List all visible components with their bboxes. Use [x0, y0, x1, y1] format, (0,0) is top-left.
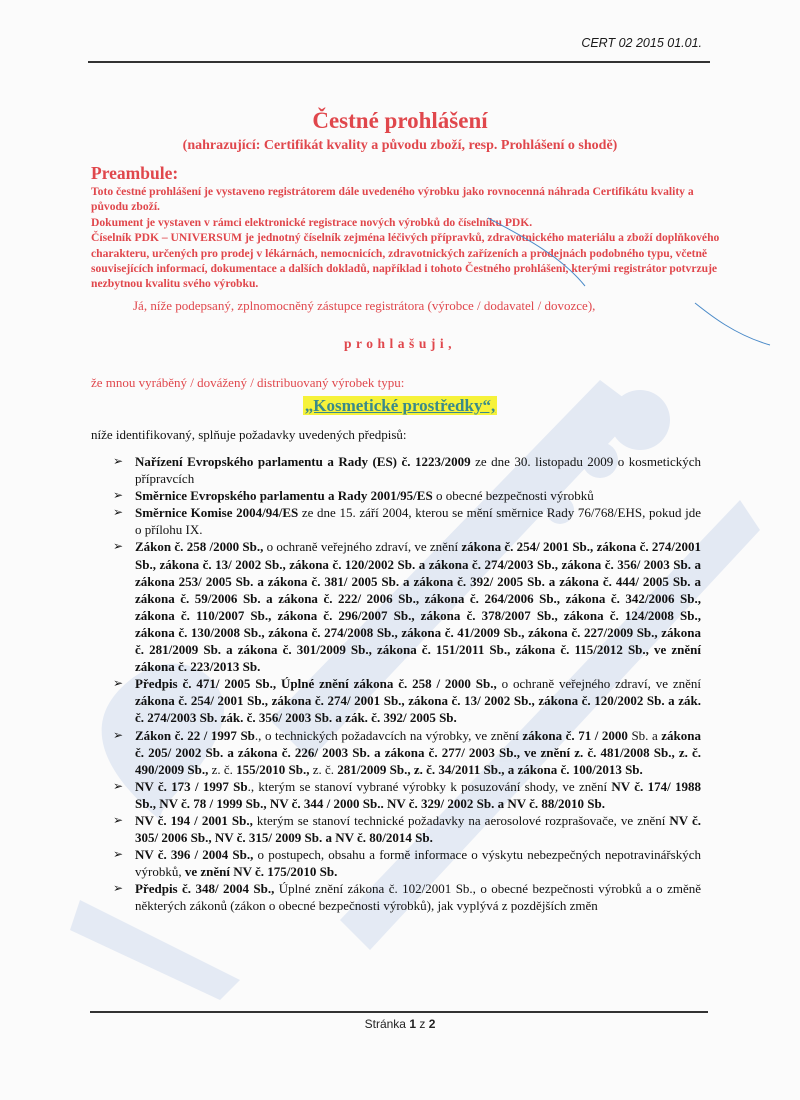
regulation-item: ➢NV č. 396 / 2004 Sb., o postupech, obsa… — [113, 846, 701, 880]
regulation-text: kterým se stanoví technické požadavky na… — [253, 813, 670, 828]
regulation-text: ., kterým se stanoví vybrané výrobky k p… — [248, 779, 612, 794]
footer-rule — [90, 1011, 708, 1013]
declare-word: prohlašuji, — [0, 336, 800, 352]
regulation-item: ➢Nařízení Evropského parlamentu a Rady (… — [113, 453, 701, 487]
arrow-bullet-icon: ➢ — [113, 727, 123, 744]
regulation-ref: Nařízení Evropského parlamentu a Rady (E… — [135, 454, 471, 469]
regulation-item: ➢Zákon č. 258 /2000 Sb., o ochraně veřej… — [113, 538, 701, 675]
regulation-item: ➢Směrnice Evropského parlamentu a Rady 2… — [113, 487, 701, 504]
arrow-bullet-icon: ➢ — [113, 778, 123, 795]
product-type: „Kosmetické prostředky“, — [0, 396, 800, 416]
regulation-item: ➢Zákon č. 22 / 1997 Sb., o technických p… — [113, 727, 701, 778]
regulation-ref: 281/2009 Sb., z. č. 34/2011 Sb., a zákon… — [337, 762, 643, 777]
arrow-bullet-icon: ➢ — [113, 880, 123, 897]
arrow-bullet-icon: ➢ — [113, 487, 123, 504]
regulation-ref: zákona č. 71 / 2000 — [522, 728, 628, 743]
arrow-bullet-icon: ➢ — [113, 538, 123, 555]
regulation-text: z. č. — [208, 762, 236, 777]
regulation-text: o ochraně veřejného zdraví, ve znění — [263, 539, 461, 554]
regulation-ref: Předpis č. 348/ 2004 Sb., — [135, 881, 274, 896]
header-rule — [88, 61, 710, 63]
regulation-item: ➢NV č. 173 / 1997 Sb., kterým se stanoví… — [113, 778, 701, 812]
regulation-ref: zákona č. 254/ 2001 Sb., zákona č. 274/ … — [135, 693, 701, 725]
regulation-ref: Zákon č. 258 /2000 Sb., — [135, 539, 263, 554]
page-footer: Stránka 1 z 2 — [0, 1017, 800, 1031]
regulation-text: ., o technických požadavcích na výrobky,… — [255, 728, 522, 743]
arrow-bullet-icon: ➢ — [113, 675, 123, 692]
arrow-bullet-icon: ➢ — [113, 504, 123, 521]
regulation-ref: zákona č. 254/ 2001 Sb., zákona č. 274/2… — [135, 539, 701, 674]
regulation-ref: Předpis č. 471/ 2005 Sb., Úplné znění zá… — [135, 676, 497, 691]
regulation-ref: NV č. 173 / 1997 Sb — [135, 779, 248, 794]
document-code: CERT 02 2015 01.01. — [581, 36, 702, 50]
signer-line: Já, níže podepsaný, zplnomocněný zástupc… — [133, 298, 595, 314]
total-pages: 2 — [429, 1017, 436, 1031]
footer-prefix: Stránka — [365, 1017, 410, 1031]
regulation-ref: NV č. 194 / 2001 Sb., — [135, 813, 253, 828]
regulation-ref: Směrnice Komise 2004/94/ES — [135, 505, 298, 520]
arrow-bullet-icon: ➢ — [113, 846, 123, 863]
preamble-paragraph: Dokument je vystaven v rámci elektronick… — [91, 215, 721, 230]
preamble-heading: Preambule: — [91, 163, 721, 184]
current-page: 1 — [409, 1017, 416, 1031]
regulation-text: z. č. — [309, 762, 337, 777]
regulation-item: ➢Předpis č. 471/ 2005 Sb., Úplné znění z… — [113, 675, 701, 726]
regulation-item: ➢Předpis č. 348/ 2004 Sb., Úplné znění z… — [113, 880, 701, 914]
regulation-ref: Zákon č. 22 / 1997 Sb — [135, 728, 255, 743]
preamble-section: Preambule: Toto čestné prohlášení je vys… — [91, 163, 721, 292]
regulation-ref: 155/2010 Sb., — [236, 762, 309, 777]
regulation-item: ➢Směrnice Komise 2004/94/ES ze dne 15. z… — [113, 504, 701, 538]
document-subtitle: (nahrazující: Certifikát kvality a původ… — [0, 138, 800, 154]
regulations-intro: níže identifikovaný, splňuje požadavky u… — [91, 427, 407, 443]
regulation-ref: Směrnice Evropského parlamentu a Rady 20… — [135, 488, 433, 503]
regulation-text: Sb. a — [628, 728, 661, 743]
preamble-paragraph: Číselník PDK – UNIVERSUM je jednotný čís… — [91, 230, 721, 292]
document-title: Čestné prohlášení — [0, 108, 800, 134]
regulation-text: o ochraně veřejného zdraví, ve znění — [497, 676, 701, 691]
arrow-bullet-icon: ➢ — [113, 453, 123, 470]
regulation-text: o obecné bezpečnosti výrobků — [433, 488, 594, 503]
footer-sep: z — [416, 1017, 429, 1031]
product-type-label: „Kosmetické prostředky“, — [303, 396, 497, 415]
product-line: že mnou vyráběný / dovážený / distribuov… — [91, 375, 404, 391]
regulation-item: ➢NV č. 194 / 2001 Sb., kterým se stanoví… — [113, 812, 701, 846]
regulation-ref: ve znění NV č. 175/2010 Sb. — [185, 864, 338, 879]
regulation-ref: NV č. 396 / 2004 Sb., — [135, 847, 253, 862]
regulations-list: ➢Nařízení Evropského parlamentu a Rady (… — [113, 453, 701, 915]
preamble-paragraph: Toto čestné prohlášení je vystaveno regi… — [91, 184, 721, 215]
arrow-bullet-icon: ➢ — [113, 812, 123, 829]
